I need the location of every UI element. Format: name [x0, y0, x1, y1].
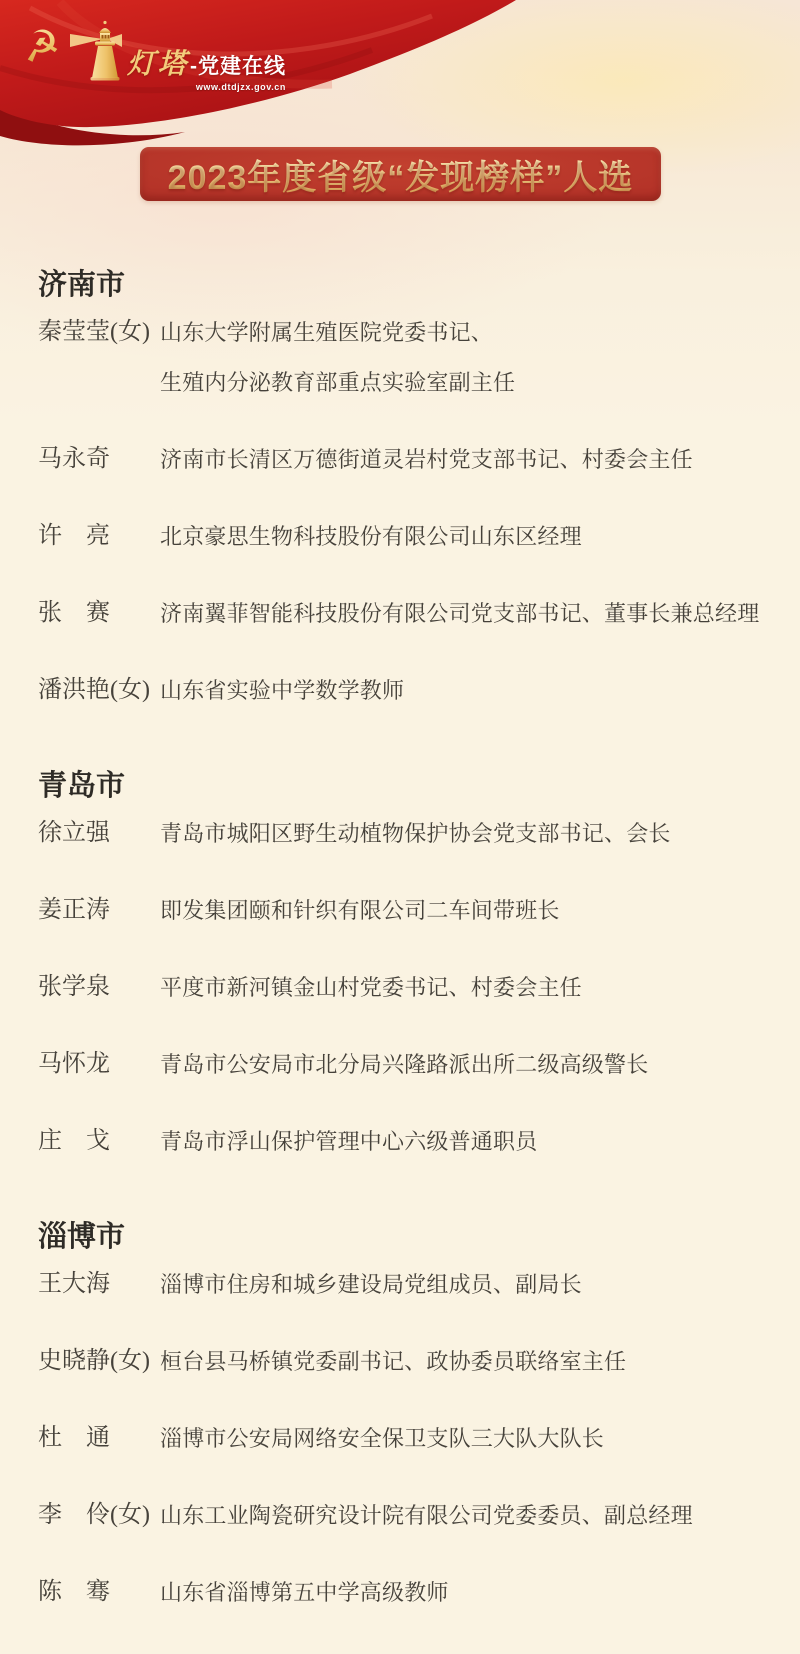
city-heading: 济南市 [38, 268, 764, 302]
role-line: 北京豪思生物科技股份有限公司山东区经理 [160, 524, 764, 549]
person-name: 潘洪艳(女) [38, 678, 160, 703]
person-name: 许 亮 [38, 524, 160, 549]
role-line: 济南市长清区万德街道灵岩村党支部书记、村委会主任 [160, 447, 764, 472]
person-name: 杜 通 [38, 1426, 160, 1451]
roster-entry: 庄 戈青岛市浮山保护管理中心六级普通职员 [38, 1129, 764, 1154]
person-role: 济南市长清区万德街道灵岩村党支部书记、村委会主任 [160, 447, 764, 472]
city-section: 济南市秦莹莹(女)山东大学附属生殖医院党委书记、生殖内分泌教育部重点实验室副主任… [38, 268, 764, 703]
hammer-sickle-icon: ☭ [19, 20, 63, 72]
page-title: 2023年度省级“发现榜样”人选 [168, 150, 634, 199]
roster-entry: 马永奇济南市长清区万德街道灵岩村党支部书记、村委会主任 [38, 447, 764, 472]
person-role: 山东工业陶瓷研究设计院有限公司党委委员、副总经理 [160, 1503, 764, 1528]
role-line: 济南翼菲智能科技股份有限公司党支部书记、董事长兼总经理 [160, 601, 764, 626]
person-role: 青岛市城阳区野生动植物保护协会党支部书记、会长 [160, 821, 764, 846]
roster-entry: 张 赛济南翼菲智能科技股份有限公司党支部书记、董事长兼总经理 [38, 601, 764, 626]
roster-entry: 王大海淄博市住房和城乡建设局党组成员、副局长 [38, 1272, 764, 1297]
person-name: 史晓静(女) [38, 1349, 160, 1374]
role-line: 淄博市住房和城乡建设局党组成员、副局长 [160, 1272, 764, 1297]
person-role: 济南翼菲智能科技股份有限公司党支部书记、董事长兼总经理 [160, 601, 764, 626]
person-name: 庄 戈 [38, 1129, 160, 1154]
role-line: 青岛市城阳区野生动植物保护协会党支部书记、会长 [160, 821, 764, 846]
logo-url-text: www.dtdjzx.gov.cn [127, 82, 286, 92]
role-line: 山东省实验中学数学教师 [160, 678, 764, 703]
person-name: 姜正涛 [38, 898, 160, 923]
city-section: 青岛市徐立强青岛市城阳区野生动植物保护协会党支部书记、会长姜正涛即发集团颐和针织… [38, 769, 764, 1154]
person-name: 张学泉 [38, 975, 160, 1000]
role-line: 即发集团颐和针织有限公司二车间带班长 [160, 898, 764, 923]
roster-entry: 杜 通淄博市公安局网络安全保卫支队三大队大队长 [38, 1426, 764, 1451]
roster-entry: 潘洪艳(女)山东省实验中学数学教师 [38, 678, 764, 703]
person-name: 马永奇 [38, 447, 160, 472]
role-line: 山东省淄博第五中学高级教师 [160, 1580, 764, 1605]
role-line: 山东工业陶瓷研究设计院有限公司党委委员、副总经理 [160, 1503, 764, 1528]
logo-suffix-text: -党建在线 [190, 50, 286, 80]
roster-entry: 姜正涛即发集团颐和针织有限公司二车间带班长 [38, 898, 764, 923]
role-line: 青岛市公安局市北分局兴隆路派出所二级高级警长 [160, 1052, 764, 1077]
roster-entry: 徐立强青岛市城阳区野生动植物保护协会党支部书记、会长 [38, 821, 764, 846]
logo-brand-text: 灯塔 [127, 42, 189, 82]
person-name: 李 伶(女) [38, 1503, 160, 1528]
roster-entry: 张学泉平度市新河镇金山村党委书记、村委会主任 [38, 975, 764, 1000]
person-role: 北京豪思生物科技股份有限公司山东区经理 [160, 524, 764, 549]
title-banner: 2023年度省级“发现榜样”人选 [140, 147, 661, 201]
person-role: 青岛市浮山保护管理中心六级普通职员 [160, 1129, 764, 1154]
person-role: 山东省淄博第五中学高级教师 [160, 1580, 764, 1605]
person-role: 桓台县马桥镇党委副书记、政协委员联络室主任 [160, 1349, 764, 1374]
header-flag-banner: ☭ 灯塔 -党建在线 www.dtdjzx.gov.c [0, 0, 800, 170]
person-role: 平度市新河镇金山村党委书记、村委会主任 [160, 975, 764, 1000]
city-heading: 青岛市 [38, 769, 764, 803]
person-name: 张 赛 [38, 601, 160, 626]
person-name: 陈 骞 [38, 1580, 160, 1605]
role-line: 桓台县马桥镇党委副书记、政协委员联络室主任 [160, 1349, 764, 1374]
person-role: 山东大学附属生殖医院党委书记、生殖内分泌教育部重点实验室副主任 [160, 320, 764, 395]
roster-entry: 史晓静(女)桓台县马桥镇党委副书记、政协委员联络室主任 [38, 1349, 764, 1374]
person-role: 即发集团颐和针织有限公司二车间带班长 [160, 898, 764, 923]
person-name: 秦莹莹(女) [38, 320, 160, 345]
person-role: 青岛市公安局市北分局兴隆路派出所二级高级警长 [160, 1052, 764, 1077]
poster-page: ☭ 灯塔 -党建在线 www.dtdjzx.gov.c [0, 0, 800, 1654]
red-flag-graphic: ☭ [0, 0, 800, 170]
person-name: 王大海 [38, 1272, 160, 1297]
roster-entry: 秦莹莹(女)山东大学附属生殖医院党委书记、生殖内分泌教育部重点实验室副主任 [38, 320, 764, 395]
roster-entry: 许 亮北京豪思生物科技股份有限公司山东区经理 [38, 524, 764, 549]
site-logo: 灯塔 -党建在线 www.dtdjzx.gov.cn [127, 42, 286, 92]
role-line: 淄博市公安局网络安全保卫支队三大队大队长 [160, 1426, 764, 1451]
person-role: 淄博市住房和城乡建设局党组成员、副局长 [160, 1272, 764, 1297]
roster: 济南市秦莹莹(女)山东大学附属生殖医院党委书记、生殖内分泌教育部重点实验室副主任… [38, 202, 764, 1654]
role-line: 生殖内分泌教育部重点实验室副主任 [160, 370, 764, 395]
city-heading: 淄博市 [38, 1220, 764, 1254]
role-line: 青岛市浮山保护管理中心六级普通职员 [160, 1129, 764, 1154]
role-line: 平度市新河镇金山村党委书记、村委会主任 [160, 975, 764, 1000]
person-role: 淄博市公安局网络安全保卫支队三大队大队长 [160, 1426, 764, 1451]
person-name: 马怀龙 [38, 1052, 160, 1077]
city-section: 淄博市王大海淄博市住房和城乡建设局党组成员、副局长史晓静(女)桓台县马桥镇党委副… [38, 1220, 764, 1605]
role-line: 山东大学附属生殖医院党委书记、 [160, 320, 764, 345]
roster-entry: 陈 骞山东省淄博第五中学高级教师 [38, 1580, 764, 1605]
roster-entry: 马怀龙青岛市公安局市北分局兴隆路派出所二级高级警长 [38, 1052, 764, 1077]
person-name: 徐立强 [38, 821, 160, 846]
person-role: 山东省实验中学数学教师 [160, 678, 764, 703]
roster-entry: 李 伶(女)山东工业陶瓷研究设计院有限公司党委委员、副总经理 [38, 1503, 764, 1528]
